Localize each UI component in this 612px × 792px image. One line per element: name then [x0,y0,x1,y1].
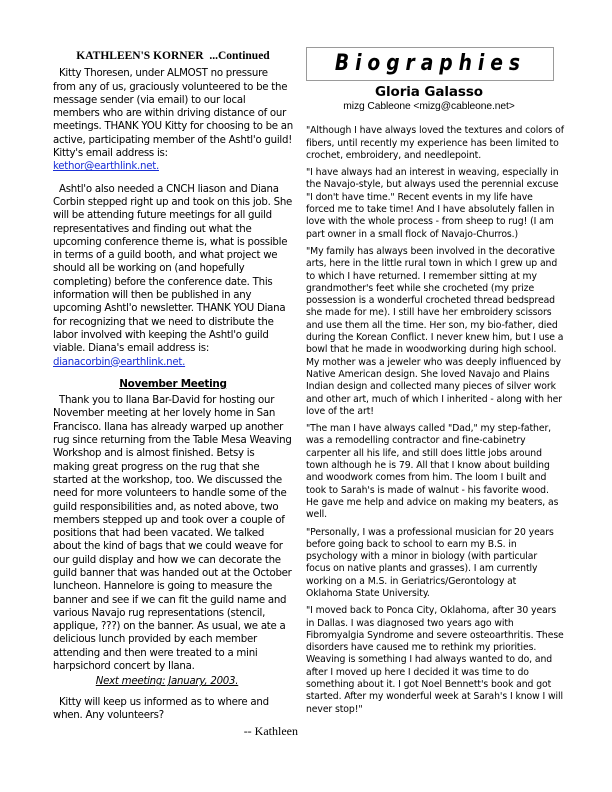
signature: -- Kathleen [53,725,298,738]
column-title-suffix: ...Continued [209,50,269,62]
diana-paragraph-text: Ashtl'o also needed a CNCH liason and Di… [53,184,292,355]
biographies-title-box: Biographies [306,47,554,81]
biographies-column: Biographies Gloria Galasso mizg Cableone… [306,47,564,721]
november-meeting-paragraph: Thank you to Ilana Bar-David for hosting… [53,394,293,673]
next-meeting-note: Next meeting: January, 2003. [53,675,293,688]
column-title: KATHLEEN'S KORNER ...Continued [53,50,293,63]
bio-name: Gloria Galasso [306,85,552,100]
diana-paragraph: Ashtl'o also needed a CNCH liason and Di… [53,183,293,369]
volunteers-paragraph: Kitty will keep us informed as to where … [53,696,293,723]
kitty-email-link[interactable]: kethor@earthlink.net. [53,161,159,172]
bio-paragraph: "I have always had an interest in weavin… [306,167,564,241]
november-meeting-heading: November Meeting [53,378,293,391]
bio-paragraph: "I moved back to Ponca City, Oklahoma, a… [306,605,564,716]
bio-paragraph: "Personally, I was a professional musici… [306,527,564,601]
column-title-main: KATHLEEN'S KORNER [76,50,203,62]
bio-paragraph: "My family has always been involved in t… [306,246,564,418]
kitty-paragraph: Kitty Thoresen, under ALMOST no pressure… [53,67,293,173]
bio-paragraph: "The man I have always called "Dad," my … [306,423,564,521]
bio-contact: mizg Cableone <mizg@cableone.net> [306,101,552,113]
biographies-title: Biographies [334,58,525,70]
kitty-paragraph-text: Kitty Thoresen, under ALMOST no pressure… [53,68,293,159]
bio-paragraph: "Although I have always loved the textur… [306,125,564,162]
diana-email-link[interactable]: dianacorbin@earthlink.net. [53,357,185,368]
kathleens-korner-column: KATHLEEN'S KORNER ...Continued Kitty Tho… [53,50,293,739]
